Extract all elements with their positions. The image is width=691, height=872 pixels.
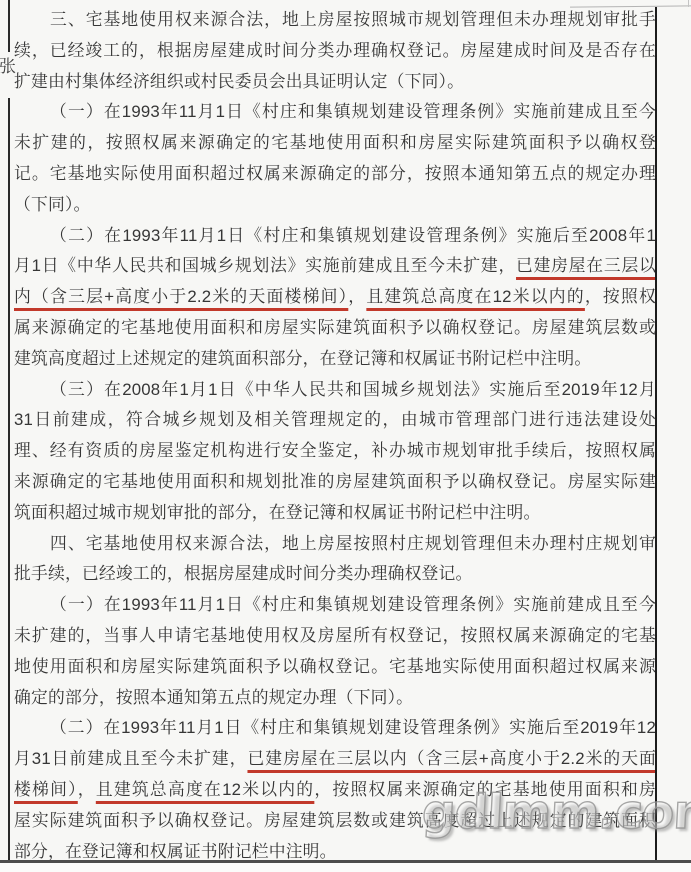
text-segment: 记。宅基地实际使用面积超过权属来源确定的部分，按照本通知第五点的规定办理 — [14, 164, 656, 183]
red-underlined-text: 且建筑总高度在12米以内的 — [96, 780, 315, 799]
text-segment: （二）在1993年11月1日《村庄和集镇规划建设管理条例》实施后至2008年1 — [50, 226, 656, 245]
text-line: 地使用面积和房屋实际建筑面积予以确权登记。宅基地实际使用面积超过权属来源 — [14, 652, 656, 683]
text-segment: 未扩建的，当事人申请宅基地使用权及房屋所有权登记，按照权属来源确定的宅基 — [14, 626, 656, 645]
text-segment: ，按照权属来源确定的宅基地使用面积和房 — [314, 780, 656, 799]
red-underlined-text: 内（含三层+高度小于2.2米的天面楼梯间） — [14, 287, 348, 306]
text-segment: （三）在2008年1月1日《中华人民共和国城乡规划法》实施后至2019年12月 — [50, 380, 656, 399]
scanned-document-page: 张 三、宅基地使用权来源合法，地上房屋按照城市规划管理但未办理规划审批手续，已经… — [0, 0, 691, 872]
margin-annotation-zhang: 张 — [0, 55, 17, 79]
text-line: 月31日前建成且至今未扩建，已建房屋在三层以内（含三层+高度小于2.2米的天面 — [14, 744, 656, 775]
page-border-left-main-segment — [8, 98, 10, 861]
text-segment: 未扩建的，按照权属来源确定的宅基地使用面积和房屋实际建筑面积予以确权登 — [14, 133, 656, 152]
red-underlined-text: 且建筑总高度在12米以内的 — [366, 287, 585, 306]
text-segment: 确定的部分，按照本通知第五点的规定办理（下同）。 — [14, 688, 413, 707]
text-line: 楼梯间），且建筑总高度在12米以内的，按照权属来源确定的宅基地使用面积和房 — [14, 775, 656, 806]
document-text-block: 三、宅基地使用权来源合法，地上房屋按照城市规划管理但未办理规划审批手续，已经竣工… — [14, 5, 656, 867]
text-line: （一）在1993年11月1日《村庄和集镇规划建设管理条例》实施前建成且至今 — [14, 590, 656, 621]
text-segment: （下同）。 — [14, 195, 91, 214]
text-line: 记。宅基地实际使用面积超过权属来源确定的部分，按照本通知第五点的规定办理 — [14, 159, 656, 190]
text-line: 未扩建的，按照权属来源确定的宅基地使用面积和房屋实际建筑面积予以确权登 — [14, 128, 656, 159]
text-segment: 部分，在登记簿和权属证书附记栏中注明。 — [14, 842, 337, 861]
text-segment: 批手续，已经竣工的，根据房屋建成时间分类办理确权登记。 — [14, 564, 473, 583]
page-border-left-top-segment — [8, 0, 10, 52]
text-segment: 屋实际建筑面积予以确权登记。房屋建筑层数或建筑高度超过上述规定的建筑面积 — [14, 811, 656, 830]
text-segment: 理、经有资质的房屋鉴定机构进行安全鉴定，补办城市规划审批手续后，按照权属 — [14, 441, 656, 460]
text-line: 扩建由村集体经济组织或村民委员会出具证明认定（下同）。 — [14, 67, 656, 98]
text-segment: 属来源确定的宅基地使用面积和房屋实际建筑面积予以确权登记。房屋建筑层数或 — [14, 318, 656, 337]
bottom-rule-line — [0, 860, 691, 863]
text-line: 续，已经竣工的，根据房屋建成时间分类办理确权登记。房屋建成时间及是否存在 — [14, 36, 656, 67]
text-line: （三）在2008年1月1日《中华人民共和国城乡规划法》实施后至2019年12月 — [14, 375, 656, 406]
text-line: 31日前建成，符合城乡规划及相关管理规定的，由城市管理部门进行违法建设处 — [14, 405, 656, 436]
text-segment: 扩建由村集体经济组织或村民委员会出具证明认定（下同）。 — [14, 72, 464, 91]
red-underlined-text: 楼梯间） — [14, 780, 78, 799]
bottom-page-edge — [0, 863, 691, 872]
page-border-right — [655, 7, 657, 861]
text-segment: 月31日前建成且至今未扩建， — [14, 749, 247, 768]
text-line: 月1日《中华人民共和国城乡规划法》实施前建成且至今未扩建，已建房屋在三层以 — [14, 251, 656, 282]
text-line: 确定的部分，按照本通知第五点的规定办理（下同）。 — [14, 683, 656, 714]
text-line: （二）在1993年11月1日《村庄和集镇规划建设管理条例》实施后至2019年12 — [14, 713, 656, 744]
text-line: 三、宅基地使用权来源合法，地上房屋按照城市规划管理但未办理规划审批手 — [14, 5, 656, 36]
text-line: 理、经有资质的房屋鉴定机构进行安全鉴定，补办城市规划审批手续后，按照权属 — [14, 436, 656, 467]
text-segment: ， — [348, 287, 366, 306]
text-segment: 四、宅基地使用权来源合法，地上房屋按照村庄规划管理但未办理村庄规划审 — [50, 534, 656, 553]
text-segment: ，按照权 — [585, 287, 656, 306]
text-line: （一）在1993年11月1日《村庄和集镇规划建设管理条例》实施前建成且至今 — [14, 97, 656, 128]
red-underlined-text: 已建房屋在三层以 — [516, 256, 656, 275]
text-line: （二）在1993年11月1日《村庄和集镇规划建设管理条例》实施后至2008年1 — [14, 221, 656, 252]
text-segment: 筑面积超过城市规划审批的部分，在登记簿和权属证书附记栏中注明。 — [14, 503, 540, 522]
text-line: 属来源确定的宅基地使用面积和房屋实际建筑面积予以确权登记。房屋建筑层数或 — [14, 313, 656, 344]
text-segment: 来源确定的宅基地使用面积和规划批准的房屋建筑面积予以确权登记。房屋实际建 — [14, 472, 656, 491]
text-segment: （一）在1993年11月1日《村庄和集镇规划建设管理条例》实施前建成且至今 — [50, 595, 656, 614]
text-line: 未扩建的，当事人申请宅基地使用权及房屋所有权登记，按照权属来源确定的宅基 — [14, 621, 656, 652]
text-segment: （一）在1993年11月1日《村庄和集镇规划建设管理条例》实施前建成且至今 — [50, 102, 656, 121]
text-segment: 地使用面积和房屋实际建筑面积予以确权登记。宅基地实际使用面积超过权属来源 — [14, 657, 656, 676]
text-line: 内（含三层+高度小于2.2米的天面楼梯间），且建筑总高度在12米以内的，按照权 — [14, 282, 656, 313]
text-line: 批手续，已经竣工的，根据房屋建成时间分类办理确权登记。 — [14, 559, 656, 590]
red-underlined-text: 已建房屋在三层以内（含三层+高度小于2.2米的天面 — [247, 749, 656, 768]
text-segment: ， — [78, 780, 96, 799]
text-segment: （二）在1993年11月1日《村庄和集镇规划建设管理条例》实施后至2019年12 — [50, 718, 656, 737]
text-line: 屋实际建筑面积予以确权登记。房屋建筑层数或建筑高度超过上述规定的建筑面积 — [14, 806, 656, 837]
text-line: （下同）。 — [14, 190, 656, 221]
text-line: 筑面积超过城市规划审批的部分，在登记簿和权属证书附记栏中注明。 — [14, 498, 656, 529]
text-segment: 三、宅基地使用权来源合法，地上房屋按照城市规划管理但未办理规划审批手 — [50, 10, 656, 29]
top-right-tick-line — [688, 0, 689, 7]
text-line: 四、宅基地使用权来源合法，地上房屋按照村庄规划管理但未办理村庄规划审 — [14, 529, 656, 560]
text-line: 建筑高度超过上述规定的建筑面积部分，在登记簿和权属证书附记栏中注明。 — [14, 344, 656, 375]
text-segment: 续，已经竣工的，根据房屋建成时间分类办理确权登记。房屋建成时间及是否存在 — [14, 41, 656, 60]
text-line: 来源确定的宅基地使用面积和规划批准的房屋建筑面积予以确权登记。房屋实际建 — [14, 467, 656, 498]
text-segment: 建筑高度超过上述规定的建筑面积部分，在登记簿和权属证书附记栏中注明。 — [14, 349, 591, 368]
text-segment: 31日前建成，符合城乡规划及相关管理规定的，由城市管理部门进行违法建设处 — [14, 410, 656, 429]
text-segment: 月1日《中华人民共和国城乡规划法》实施前建成且至今未扩建， — [14, 256, 516, 275]
